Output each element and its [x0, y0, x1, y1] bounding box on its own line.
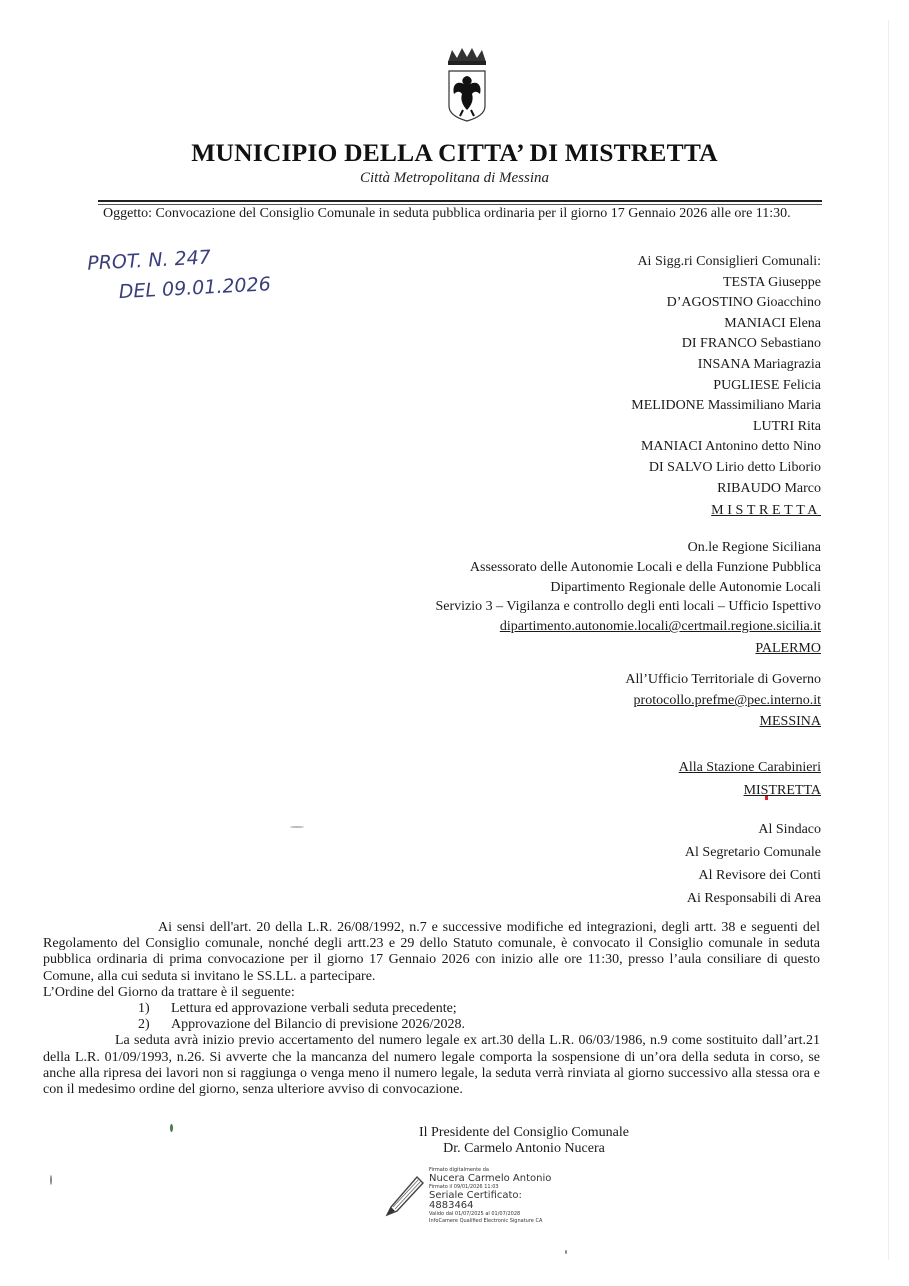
- recipient-item: Al Sindaco: [685, 818, 821, 841]
- digsig-validity: Valido dal 01/07/2025 al 01/07/2028: [429, 1211, 555, 1218]
- regione-line: On.le Regione Siciliana: [436, 538, 822, 558]
- eagle-crown-icon: [442, 44, 492, 124]
- header-divider-thin: [98, 204, 822, 205]
- scan-speck: [565, 1250, 567, 1254]
- councillors-city: MISTRETTA: [711, 503, 821, 518]
- municipality-title: MUNICIPIO DELLA CITTA’ DI MISTRETTA: [0, 138, 909, 168]
- recipient-item: Al Segretario Comunale: [685, 841, 821, 864]
- convocation-paragraph: Ai sensi dell'art. 20 della L.R. 26/08/1…: [43, 920, 820, 985]
- regione-line: Servizio 3 – Vigilanza e controllo degli…: [436, 597, 822, 617]
- councillors-heading: Ai Sigg.ri Consiglieri Comunali:: [631, 252, 821, 273]
- convocation-body: Ai sensi dell'art. 20 della L.R. 26/08/1…: [43, 920, 820, 1098]
- agenda-item: 1)Lettura ed approvazione verbali seduta…: [43, 1001, 820, 1017]
- recipient-item: Al Revisore dei Conti: [685, 864, 821, 887]
- carabinieri-recipient: Alla Stazione Carabinieri MISTRETTA: [679, 756, 821, 802]
- councillor-item: MANIACI Elena: [631, 314, 821, 335]
- utg-email-link[interactable]: protocollo.prefme@pec.interno.it: [634, 693, 821, 708]
- councillor-item: RIBAUDO Marco: [631, 479, 821, 500]
- digsig-serial: Seriale Certificato: 4883464: [429, 1191, 555, 1211]
- councillor-item: DI FRANCO Sebastiano: [631, 334, 821, 355]
- regione-recipient: On.le Regione Siciliana Assessorato dell…: [436, 538, 822, 659]
- councillor-item: INSANA Mariagrazia: [631, 355, 821, 376]
- agenda-list: 1)Lettura ed approvazione verbali seduta…: [43, 1001, 820, 1033]
- regione-line: Dipartimento Regionale delle Autonomie L…: [436, 578, 822, 598]
- utg-city: MESSINA: [760, 714, 821, 729]
- scan-speck: [50, 1175, 52, 1185]
- scan-speck: [290, 826, 304, 828]
- councillor-item: PUGLIESE Felicia: [631, 376, 821, 397]
- header-divider: [98, 200, 822, 202]
- councillors-recipients: Ai Sigg.ri Consiglieri Comunali: TESTA G…: [631, 252, 821, 522]
- regione-line: Assessorato delle Autonomie Locali e del…: [436, 558, 822, 578]
- agenda-item: 2)Approvazione del Bilancio di prevision…: [43, 1017, 820, 1033]
- scan-edge: [888, 20, 889, 1260]
- utg-name: All’Ufficio Territoriale di Governo: [625, 669, 821, 690]
- municipality-subtitle: Città Metropolitana di Messina: [0, 170, 909, 187]
- regione-city: PALERMO: [755, 641, 821, 656]
- digsig-signer: Nucera Carmelo Antonio: [429, 1174, 555, 1184]
- councillor-item: TESTA Giuseppe: [631, 273, 821, 294]
- pen-icon: [385, 1173, 425, 1217]
- signer-role: Il Presidente del Consiglio Comunale: [0, 1125, 909, 1141]
- regione-email-link[interactable]: dipartimento.autonomie.locali@certmail.r…: [500, 619, 821, 634]
- digsig-issuer: InfoCamere Qualified Electronic Signatur…: [429, 1218, 555, 1225]
- legal-number-paragraph: La seduta avrà inizio previo accertament…: [43, 1033, 820, 1098]
- councillor-item: MANIACI Antonino detto Nino: [631, 437, 821, 458]
- utg-recipient: All’Ufficio Territoriale di Governo prot…: [625, 669, 821, 732]
- digital-signature-stamp: Firmato digitalmente da Nucera Carmelo A…: [385, 1167, 555, 1221]
- handwritten-protocol: PROT. N. 247 DEL 09.01.2026: [87, 239, 272, 308]
- councillor-item: DI SALVO Lirio detto Liborio: [631, 458, 821, 479]
- councillor-item: MELIDONE Massimiliano Maria: [631, 396, 821, 417]
- carabinieri-name: Alla Stazione Carabinieri: [679, 760, 821, 775]
- agenda-intro: L’Ordine del Giorno da trattare è il seg…: [43, 985, 820, 1001]
- councillor-item: LUTRI Rita: [631, 417, 821, 438]
- coat-of-arms-emblem: [442, 44, 492, 124]
- carabinieri-city: MISTRETTA: [744, 783, 821, 798]
- councillor-item: D’AGOSTINO Gioacchino: [631, 293, 821, 314]
- signature-block: Il Presidente del Consiglio Comunale Dr.…: [0, 1125, 909, 1157]
- other-recipients: Al Sindaco Al Segretario Comunale Al Rev…: [685, 818, 821, 910]
- scan-speck: [170, 1124, 173, 1132]
- subject-line: Oggetto: Convocazione del Consiglio Comu…: [103, 206, 791, 222]
- signer-name: Dr. Carmelo Antonio Nucera: [0, 1141, 909, 1157]
- recipient-item: Ai Responsabili di Area: [685, 887, 821, 910]
- red-ink-mark: [765, 796, 768, 800]
